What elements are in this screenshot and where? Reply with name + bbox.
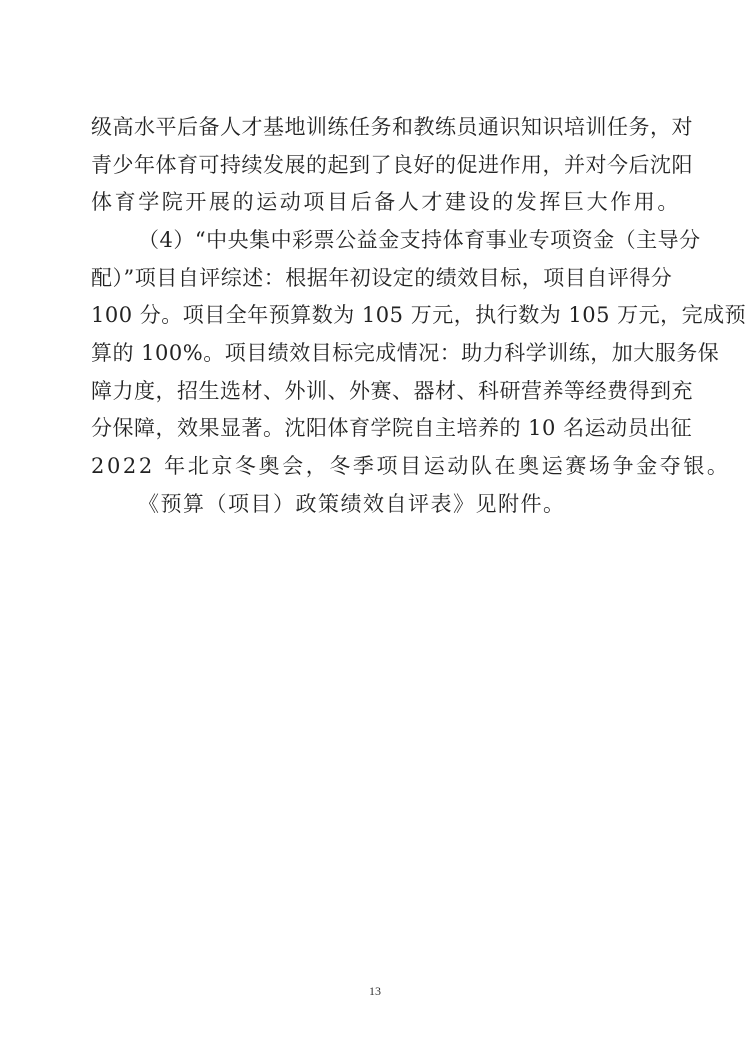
document-page: 级高水平后备人才基地训练任务和教练员通识知识培训任务，对 青少年体育可持续发展的…: [0, 0, 750, 1061]
paragraph-4-line-4: 算的 100%。项目绩效目标完成情况：助力科学训练，加大服务保: [91, 338, 656, 368]
paragraph-4-line-7: 2022 年北京冬奥会，冬季项目运动队在奥运赛场争金夺银。: [91, 451, 656, 481]
paragraph-4-line-2: 配）”项目自评综述：根据年初设定的绩效目标，项目自评得分: [91, 263, 656, 293]
page-number: 13: [0, 984, 750, 999]
paragraph-4-line-6: 分保障，效果显著。沈阳体育学院自主培养的 10 名运动员出征: [91, 413, 656, 443]
attachment-note: 《预算（项目）政策绩效自评表》见附件。: [138, 489, 656, 519]
paragraph-3-line-3: 体育学院开展的运动项目后备人才建设的发挥巨大作用。: [91, 187, 656, 217]
paragraph-4-line-5: 障力度，招生选材、外训、外赛、器材、科研营养等经费得到充: [91, 376, 656, 406]
paragraph-4-line-1: （4）“中央集中彩票公益金支持体育事业专项资金（主导分: [138, 225, 656, 255]
paragraph-4-line-3: 100 分。项目全年预算数为 105 万元，执行数为 105 万元，完成预: [91, 300, 656, 330]
paragraph-3-line-1: 级高水平后备人才基地训练任务和教练员通识知识培训任务，对: [91, 112, 656, 142]
paragraph-3-line-2: 青少年体育可持续发展的起到了良好的促进作用，并对今后沈阳: [91, 150, 656, 180]
